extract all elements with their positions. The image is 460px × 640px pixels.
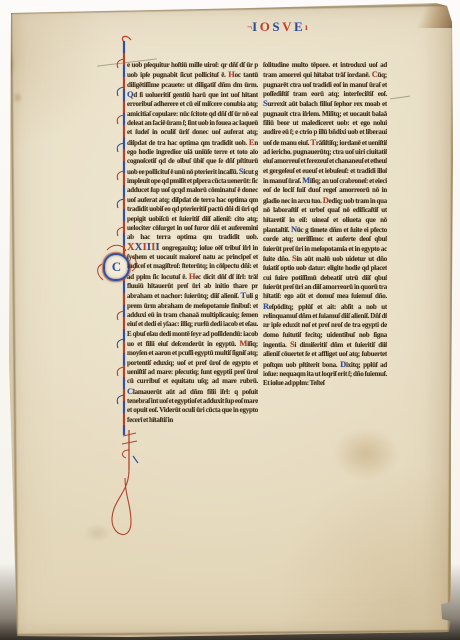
page-edge-bottom	[17, 630, 450, 636]
speck-left-edge	[6, 303, 9, 308]
photo-background: { "colors":{ "ink":"#42301d", "red":"#b0…	[0, 0, 460, 640]
text-segment: ſolitudine multo tēpore. et introduxi uo…	[263, 61, 387, 79]
text-column-right: ſolitudine multo tēpore. et introduxi uo…	[263, 61, 387, 437]
scratch-right-margin	[390, 96, 410, 100]
text-segment: I	[252, 19, 260, 34]
text-segment: X	[135, 242, 143, 253]
text-column-left: e uob pſequitur hoſtiū mille uiroſ: qr d…	[127, 61, 258, 437]
text-segment: S	[272, 19, 282, 34]
text-segment: O	[260, 19, 273, 34]
page-edge-left	[10, 13, 18, 637]
initial-letter: C	[103, 253, 130, 281]
text-segment: M	[302, 175, 310, 185]
page-edge-top	[10, 4, 448, 14]
text-segment: E	[294, 19, 305, 34]
text-segment: V	[282, 19, 294, 34]
stain-top-left	[13, 92, 22, 103]
damaged-corner-top-right	[402, 0, 456, 28]
stain-left-edge	[2, 50, 15, 78]
text-segment: X	[127, 242, 135, 253]
text-segment: ı	[305, 22, 308, 32]
page-edge-right	[447, 22, 453, 633]
text-segment: lamauerūt aūt ad dñm filii iſrl: q poſui…	[127, 388, 258, 424]
manuscript-page: ¬IOSVEı C e uob pſequitu	[0, 0, 460, 640]
descender-flourish	[100, 430, 148, 548]
running-header: ¬IOSVEı	[247, 20, 308, 33]
text-segment: d ſi uolueritiſ gentiū harū que int uoſ …	[127, 91, 258, 147]
